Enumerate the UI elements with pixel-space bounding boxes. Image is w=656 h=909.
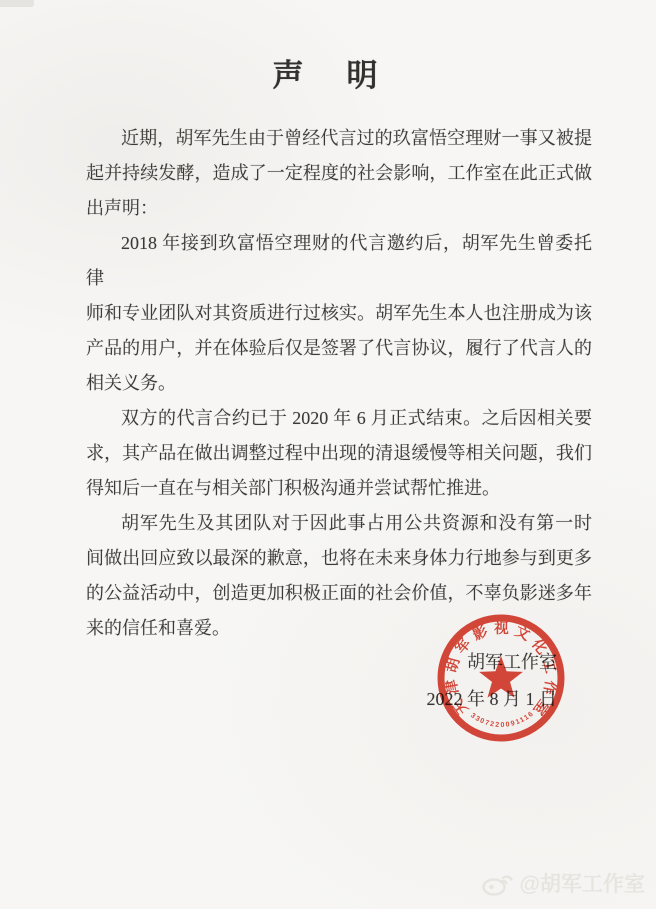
- signature-date: 2022 年 8 月 1 日: [427, 681, 558, 718]
- statement-line: 师和专业团队对其资质进行过核实。胡军先生本人也注册成为该: [86, 296, 592, 331]
- statement-line: 起并持续发酵，造成了一定程度的社会影响，工作室在此正式做: [86, 156, 592, 191]
- weibo-watermark: @胡军工作室: [481, 868, 645, 898]
- statement-line: 2018 年接到玖富悟空理财的代言邀约后，胡军先生曾委托律: [86, 226, 592, 296]
- statement-title: 声 明: [0, 50, 656, 95]
- statement-line: 间做出回应致以最深的歉意，也将在未来身体力行地参与到更多: [86, 541, 592, 576]
- statement-line: 相关义务。: [86, 366, 592, 401]
- statement-line: 求，其产品在做出调整过程中出现的清退缓慢等相关问题，我们: [86, 436, 592, 471]
- statement-line: 的公益活动中，创造更加积极正面的社会价值，不辜负影迷多年: [86, 576, 592, 611]
- statement-line: 双方的代言合约已于 2020 年 6 月正式结束。之后因相关要: [86, 401, 592, 436]
- photo-edge-artifact: [0, 0, 34, 7]
- statement-line: 近期，胡军先生由于曾经代言过的玖富悟空理财一事又被提: [86, 121, 592, 156]
- statement-line: 得知后一直在与相关部门积极沟通并尝试帮忙推进。: [86, 471, 592, 506]
- document-page: 声 明 近期，胡军先生由于曾经代言过的玖富悟空理财一事又被提起并持续发酵，造成了…: [0, 0, 656, 909]
- weibo-icon: [481, 869, 515, 897]
- statement-line: 出声明：: [86, 191, 592, 226]
- statement-body: 近期，胡军先生由于曾经代言过的玖富悟空理财一事又被提起并持续发酵，造成了一定程度…: [86, 121, 592, 646]
- signature-block: 胡军工作室 2022 年 8 月 1 日: [427, 644, 558, 718]
- signature-name: 胡军工作室: [427, 644, 558, 681]
- watermark-text: @胡军工作室: [520, 868, 645, 898]
- statement-line: 产品的用户，并在体验后仅是签署了代言协议，履行了代言人的: [86, 331, 592, 366]
- statement-line: 胡军先生及其团队对于因此事占用公共资源和没有第一时: [86, 506, 592, 541]
